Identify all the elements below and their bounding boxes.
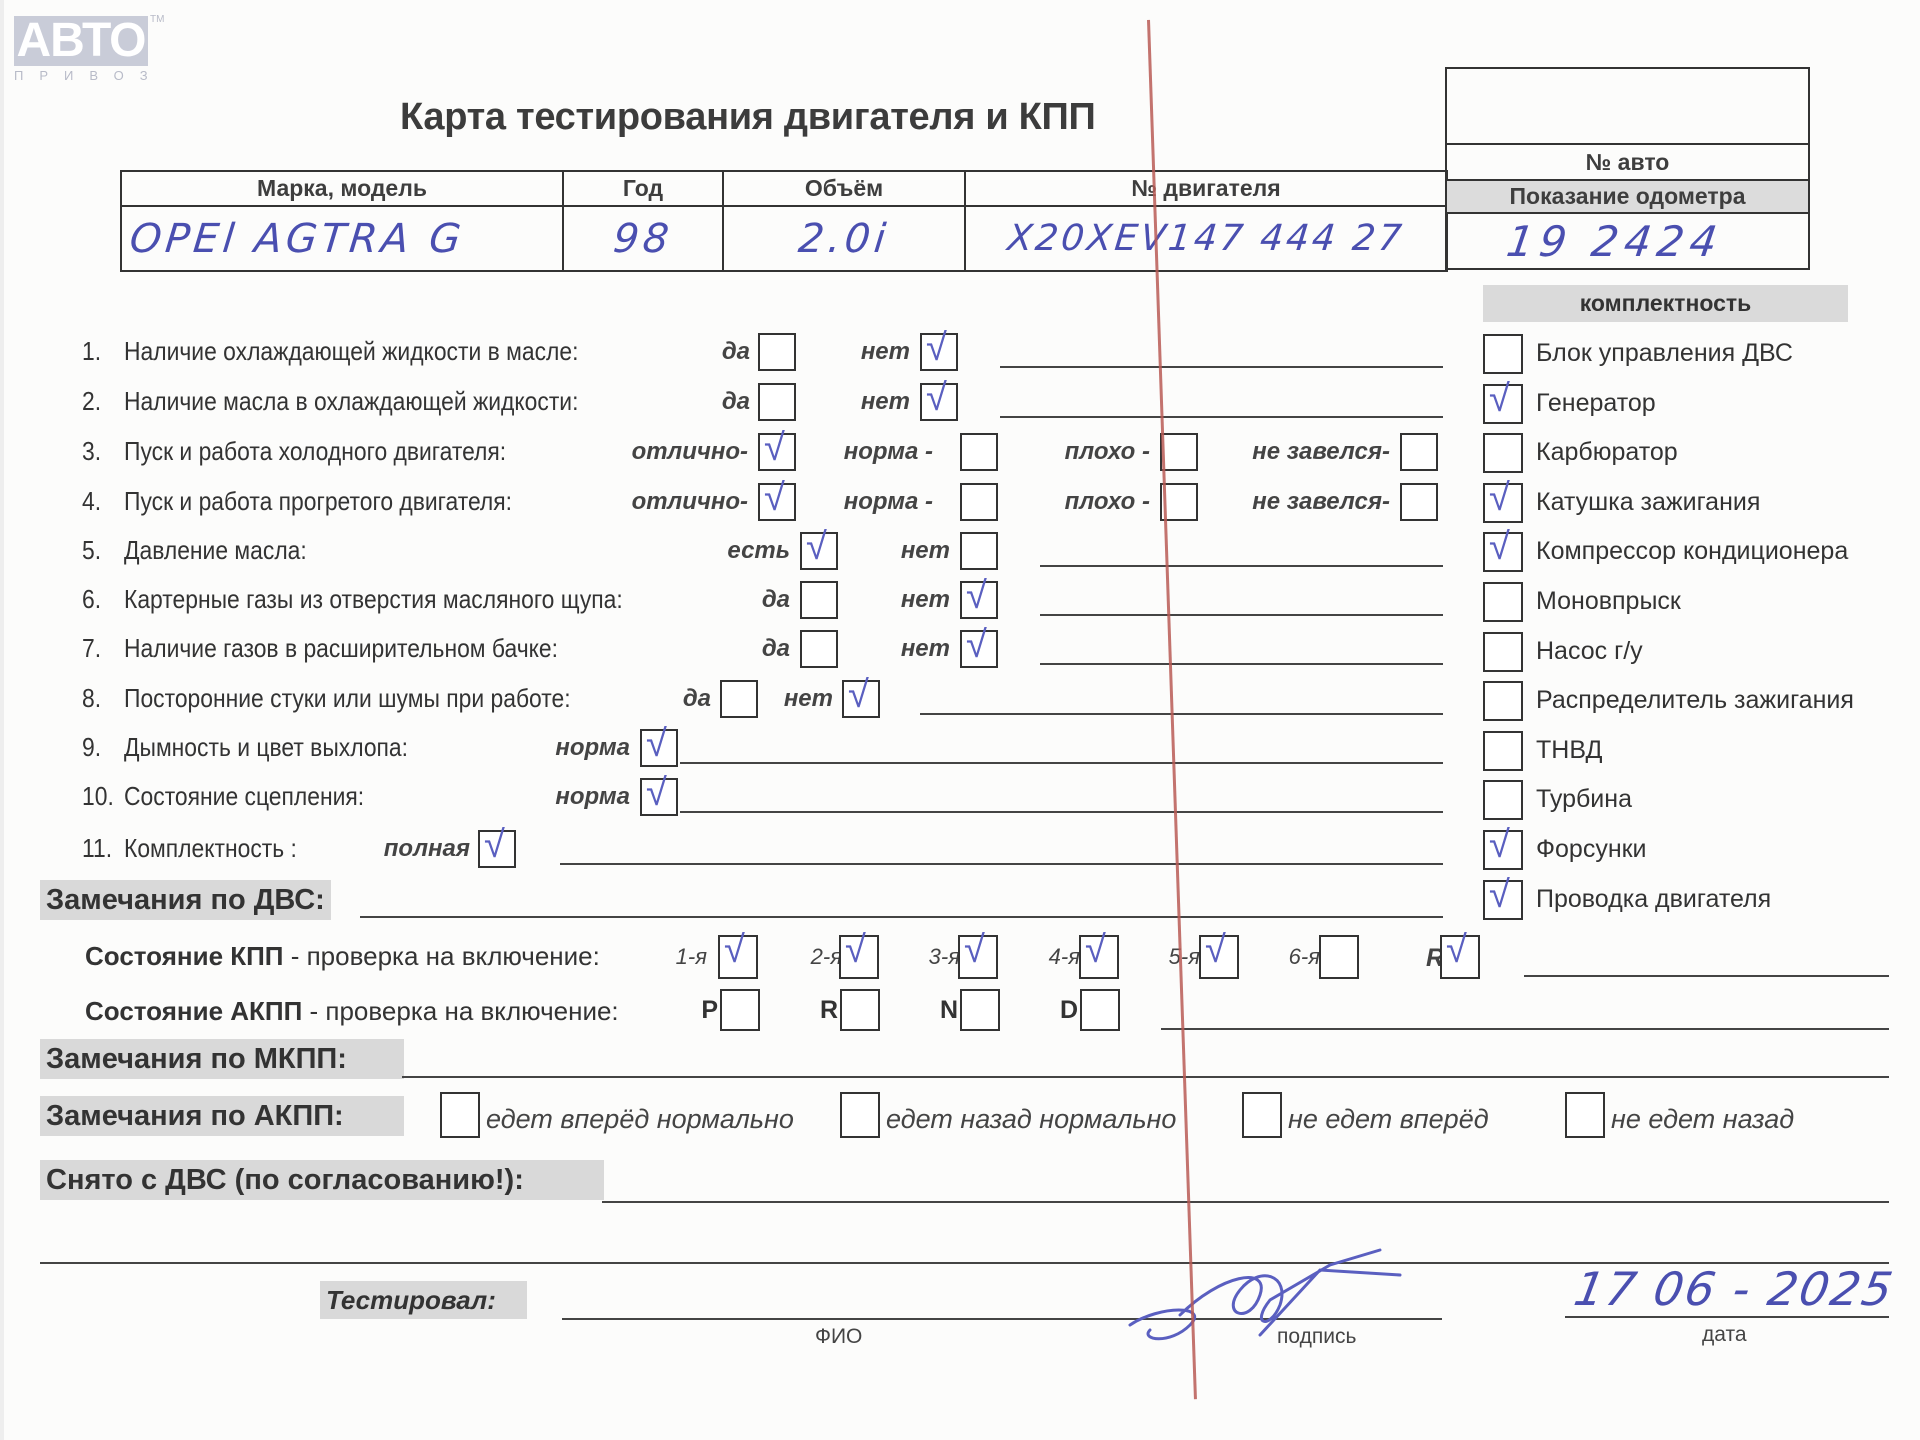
question-number: 6. [82, 584, 101, 615]
question-number: 3. [82, 436, 101, 467]
option-checkbox[interactable] [920, 333, 958, 371]
question-number: 9. [82, 732, 101, 763]
option-checkbox[interactable] [1400, 483, 1438, 521]
option-label: да [722, 388, 750, 416]
question-label: Картерные газы из отверстия масляного щу… [124, 584, 623, 615]
option-checkbox[interactable] [720, 680, 758, 718]
option-label: нет [901, 635, 950, 663]
completeness-label: Катушка зажигания [1536, 488, 1760, 517]
option-checkbox[interactable] [960, 630, 998, 668]
gear-checkbox[interactable] [958, 935, 998, 979]
option-label: да [722, 338, 750, 366]
option-label: нет [861, 338, 910, 366]
akpp-remark-label: не едет назад [1611, 1104, 1794, 1135]
option-checkbox[interactable] [640, 778, 678, 816]
page-title: Карта тестирования двигателя и КПП [400, 96, 1096, 139]
completeness-checkbox[interactable] [1483, 681, 1523, 721]
option-checkbox[interactable] [1160, 433, 1198, 471]
column-header-year: Год [563, 171, 723, 206]
akpp-remark-label: едет назад нормально [886, 1104, 1176, 1135]
logo-trademark: TM [150, 14, 164, 25]
option-checkbox[interactable] [478, 830, 516, 868]
gear-checkbox[interactable] [1199, 935, 1239, 979]
mode-label: N [940, 996, 958, 1025]
completeness-label: ТНВД [1536, 736, 1602, 765]
removed-label: Снято с ДВС (по согласованию!): [40, 1160, 604, 1200]
akpp-label-bold: Состояние АКПП [85, 996, 302, 1026]
question-number: 7. [82, 633, 101, 664]
column-header-volume: Объём [723, 171, 965, 206]
question-label: Наличие газов в расширительном бачке: [124, 633, 558, 664]
akpp-remark-label: не едет вперёд [1288, 1104, 1489, 1135]
kpp-notes-field[interactable] [1524, 975, 1889, 977]
option-label: нет [784, 685, 833, 713]
akpp-remark-checkbox[interactable] [840, 1092, 880, 1138]
logo: АВТО [14, 16, 148, 66]
option-checkbox[interactable] [920, 383, 958, 421]
option-checkbox[interactable] [758, 383, 796, 421]
question-notes-field[interactable] [1000, 366, 1443, 368]
kpp-label: Состояние КПП - проверка на включение: [85, 941, 600, 972]
akpp-notes-field[interactable] [1161, 1028, 1889, 1030]
question-notes-field[interactable] [1040, 614, 1443, 616]
akpp-remark-checkbox[interactable] [1242, 1092, 1282, 1138]
option-checkbox[interactable] [842, 680, 880, 718]
gear-checkbox[interactable] [1319, 935, 1359, 979]
remarks-dvs-field[interactable] [360, 916, 1443, 918]
question-notes-field[interactable] [920, 713, 1443, 715]
option-label: есть [727, 537, 790, 565]
completeness-checkbox[interactable] [1483, 384, 1523, 424]
remarks-dvs-label: Замечания по ДВС: [40, 880, 331, 920]
mode-checkbox[interactable] [960, 989, 1000, 1031]
option-label: полная [384, 835, 470, 863]
mode-label: D [1060, 996, 1078, 1025]
date-field-line [1565, 1316, 1889, 1318]
question-notes-field[interactable] [1040, 565, 1443, 567]
volume-field[interactable]: 2.0i [720, 206, 969, 271]
question-label: Комплектность : [124, 833, 297, 864]
gear-label: 3-я [929, 944, 960, 970]
option-label: нет [901, 586, 950, 614]
akpp-remark-label: едет вперёд нормально [486, 1104, 794, 1135]
option-checkbox[interactable] [800, 581, 838, 619]
question-number: 1. [82, 336, 101, 367]
completeness-label: Генератор [1536, 389, 1656, 418]
option-label: да [762, 635, 790, 663]
question-notes-field[interactable] [680, 762, 1443, 764]
option-checkbox[interactable] [758, 333, 796, 371]
completeness-label: Моновпрыск [1536, 587, 1681, 616]
question-number: 8. [82, 683, 101, 714]
auto-number-label: № авто [1447, 149, 1808, 176]
odometer-field[interactable]: 19 2424 [1504, 217, 1727, 266]
option-label: плохо - [1065, 438, 1150, 466]
akpp-label-rest: - проверка на включение: [302, 996, 618, 1026]
kpp-label-rest: - проверка на включение: [284, 941, 600, 971]
akpp-label: Состояние АКПП - проверка на включение: [85, 996, 619, 1027]
question-number: 10. [82, 781, 114, 812]
question-label: Дымность и цвет выхлопа: [124, 732, 408, 763]
option-label: отлично- [632, 488, 748, 516]
gear-label: 5-я [1169, 944, 1200, 970]
completeness-label: Форсунки [1536, 835, 1647, 864]
date-field[interactable]: 17 06 - 2025 [1570, 1262, 1898, 1316]
completeness-label: Проводка двигателя [1536, 885, 1771, 914]
mode-label: P [701, 996, 718, 1025]
completeness-checkbox[interactable] [1483, 334, 1523, 374]
completeness-checkbox[interactable] [1483, 483, 1523, 523]
question-label: Посторонние стуки или шумы при работе: [124, 683, 571, 714]
logo-subtitle: ПРИВОЗ [14, 68, 164, 83]
question-notes-field[interactable] [560, 863, 1443, 865]
completeness-label: Насос г/у [1536, 637, 1643, 666]
date-label: дата [1702, 1323, 1747, 1347]
option-checkbox[interactable] [758, 433, 796, 471]
option-checkbox[interactable] [800, 630, 838, 668]
mode-label: R [820, 996, 838, 1025]
question-label: Состояние сцепления: [124, 781, 364, 812]
completeness-label: Карбюратор [1536, 438, 1678, 467]
question-label: Наличие охлаждающей жидкости в масле: [124, 336, 578, 367]
completeness-checkbox[interactable] [1483, 830, 1523, 870]
question-number: 11. [82, 833, 112, 864]
completeness-checkbox[interactable] [1483, 731, 1523, 771]
option-label: да [683, 685, 711, 713]
option-label: норма [555, 734, 630, 762]
column-header-model: Марка, модель [121, 171, 563, 206]
gear-checkbox[interactable] [718, 935, 758, 979]
option-checkbox[interactable] [960, 532, 998, 570]
completeness-label: Блок управления ДВС [1536, 339, 1793, 368]
completeness-label: Распределитель зажигания [1536, 686, 1854, 715]
question-notes-field[interactable] [680, 811, 1443, 813]
option-label: норма [555, 783, 630, 811]
option-checkbox[interactable] [960, 581, 998, 619]
akpp-remark-checkbox[interactable] [440, 1092, 480, 1138]
option-checkbox[interactable] [960, 483, 998, 521]
option-label: да [762, 586, 790, 614]
remarks-mkpp-field[interactable] [402, 1076, 1889, 1078]
model-field[interactable]: OPEl AGTRA G [118, 206, 567, 271]
question-label: Пуск и работа холодного двигателя: [124, 436, 506, 467]
kpp-label-bold: Состояние КПП [85, 941, 284, 971]
mode-checkbox[interactable] [720, 989, 760, 1031]
remarks-akpp-label: Замечания по АКПП: [40, 1096, 404, 1136]
option-label: не завелся- [1252, 438, 1390, 466]
gear-label: 4-я [1049, 944, 1080, 970]
option-label: норма - [844, 438, 933, 466]
vehicle-info-table: Марка, модель Год Объём № двигателя OPEl… [120, 170, 1448, 272]
option-label: отлично- [632, 438, 748, 466]
completeness-label: Компрессор кондиционера [1536, 537, 1848, 566]
odometer-label: Показание одометра [1447, 181, 1808, 212]
option-label: не завелся- [1252, 488, 1390, 516]
completeness-header: комплектность [1483, 285, 1848, 322]
completeness-label: Турбина [1536, 785, 1632, 814]
mode-checkbox[interactable] [840, 989, 880, 1031]
signature-icon [1120, 1245, 1520, 1365]
gear-checkbox[interactable] [1440, 935, 1480, 979]
option-label: плохо - [1065, 488, 1150, 516]
option-checkbox[interactable] [800, 532, 838, 570]
engine-number-field[interactable]: X20XEV147 444 27 [962, 206, 1451, 271]
removed-field[interactable] [602, 1201, 1889, 1203]
completeness-checkbox[interactable] [1483, 433, 1523, 473]
question-label: Давление масла: [124, 535, 307, 566]
question-label: Наличие масла в охлаждающей жидкости: [124, 386, 578, 417]
remarks-mkpp-label: Замечания по МКПП: [40, 1039, 404, 1079]
mode-checkbox[interactable] [1080, 989, 1120, 1031]
option-checkbox[interactable] [960, 433, 998, 471]
option-checkbox[interactable] [640, 729, 678, 767]
completeness-checkbox[interactable] [1483, 780, 1523, 820]
gear-label: 6-я [1289, 944, 1320, 970]
scan-edge [0, 0, 4, 1440]
option-label: нет [901, 537, 950, 565]
gear-checkbox[interactable] [1079, 935, 1119, 979]
question-notes-field[interactable] [1040, 663, 1443, 665]
gear-label: 2-я [811, 944, 842, 970]
option-label: нет [861, 388, 910, 416]
year-field[interactable]: 98 [560, 206, 727, 271]
completeness-checkbox[interactable] [1483, 532, 1523, 572]
akpp-remark-checkbox[interactable] [1565, 1092, 1605, 1138]
question-notes-field[interactable] [1000, 416, 1443, 418]
gear-label: 1-я [676, 944, 707, 970]
option-checkbox[interactable] [758, 483, 796, 521]
completeness-checkbox[interactable] [1483, 880, 1523, 920]
option-checkbox[interactable] [1400, 433, 1438, 471]
car-info-box: № авто Показание одометра 19 2424 [1445, 67, 1810, 270]
question-number: 2. [82, 386, 101, 417]
question-number: 4. [82, 486, 101, 517]
question-label: Пуск и работа прогретого двигателя: [124, 486, 512, 517]
question-number: 5. [82, 535, 101, 566]
completeness-checkbox[interactable] [1483, 582, 1523, 622]
column-header-engine-no: № двигателя [965, 171, 1447, 206]
gear-checkbox[interactable] [839, 935, 879, 979]
option-label: норма - [844, 488, 933, 516]
completeness-checkbox[interactable] [1483, 632, 1523, 672]
fio-label: ФИО [815, 1325, 862, 1349]
tested-by-label: Тестировал: [320, 1281, 527, 1319]
